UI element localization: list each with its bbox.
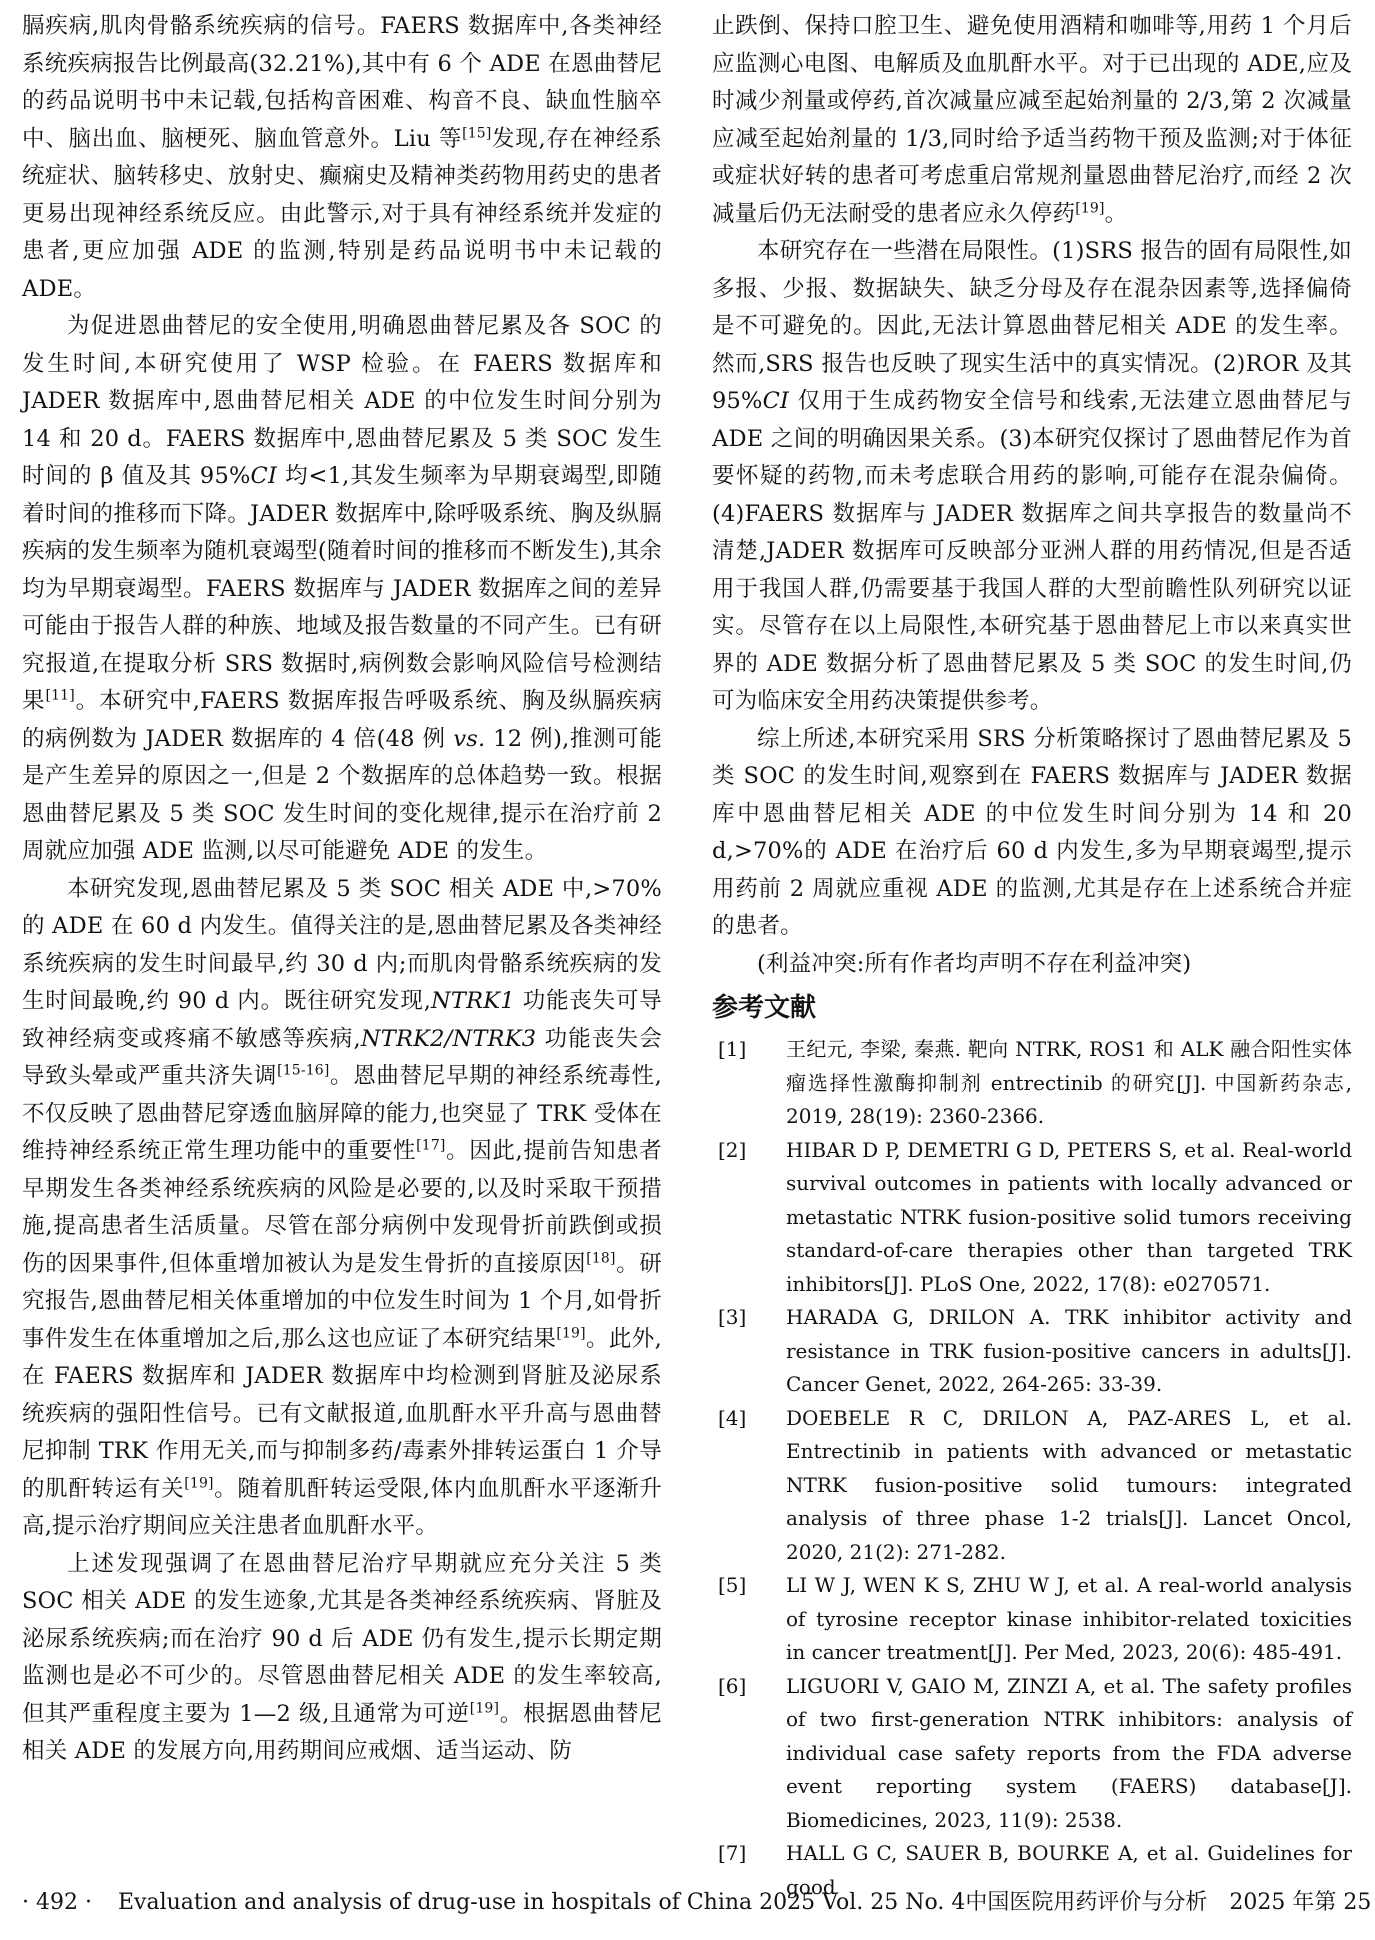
reference-label: [6] <box>718 1670 746 1704</box>
reference-label: [7] <box>718 1837 746 1871</box>
reference-item: [1] 王纪元, 李梁, 秦燕. 靶向 NTRK, ROS1 和 ALK 融合阳… <box>712 1033 1352 1134</box>
paragraph: 综上所述,本研究采用 SRS 分析策略探讨了恩曲替尼累及 5 类 SOC 的发生… <box>712 721 1352 946</box>
conflict-of-interest-statement: (利益冲突:所有作者均声明不存在利益冲突) <box>712 946 1352 984</box>
reference-label: [2] <box>718 1134 746 1168</box>
references-heading: 参考文献 <box>712 985 1352 1031</box>
paragraph: 为促进恩曲替尼的安全使用,明确恩曲替尼累及各 SOC 的发生时间,本研究使用了 … <box>22 308 662 871</box>
reference-label: [3] <box>718 1301 746 1335</box>
reference-text: HIBAR D P, DEMETRI G D, PETERS S, et al.… <box>786 1138 1352 1296</box>
references-list: [1] 王纪元, 李梁, 秦燕. 靶向 NTRK, ROS1 和 ALK 融合阳… <box>712 1033 1352 1904</box>
reference-item: [5] LI W J, WEN K S, ZHU W J, et al. A r… <box>712 1569 1352 1670</box>
reference-label: [4] <box>718 1402 746 1436</box>
journal-page: 膈疾病,肌肉骨骼系统疾病的信号。FAERS 数据库中,各类神经系统疾病报告比例最… <box>0 0 1375 1940</box>
reference-text: DOEBELE R C, DRILON A, PAZ-ARES L, et al… <box>786 1406 1352 1564</box>
reference-text: LI W J, WEN K S, ZHU W J, et al. A real-… <box>786 1573 1352 1664</box>
right-column: 止跌倒、保持口腔卫生、避免使用酒精和咖啡等,用药 1 个月后应监测心电图、电解质… <box>712 8 1352 1904</box>
reference-text: LIGUORI V, GAIO M, ZINZI A, et al. The s… <box>786 1674 1352 1832</box>
footer-journal-title-english: Evaluation and analysis of drug-use in h… <box>118 1888 965 1918</box>
page-footer: · 492 · Evaluation and analysis of drug-… <box>22 1888 1352 1918</box>
two-column-layout: 膈疾病,肌肉骨骼系统疾病的信号。FAERS 数据库中,各类神经系统疾病报告比例最… <box>22 8 1352 1904</box>
reference-label: [1] <box>718 1033 746 1067</box>
reference-text: HARADA G, DRILON A. TRK inhibitor activi… <box>786 1305 1352 1396</box>
reference-item: [2] HIBAR D P, DEMETRI G D, PETERS S, et… <box>712 1134 1352 1302</box>
paragraph: 本研究存在一些潜在局限性。(1)SRS 报告的固有局限性,如多报、少报、数据缺失… <box>712 233 1352 721</box>
paragraph: 本研究发现,恩曲替尼累及 5 类 SOC 相关 ADE 中,>70%的 ADE … <box>22 871 662 1546</box>
page-number: · 492 · <box>22 1888 92 1918</box>
paragraph-continuation: 膈疾病,肌肉骨骼系统疾病的信号。FAERS 数据库中,各类神经系统疾病报告比例最… <box>22 8 662 308</box>
reference-item: [6] LIGUORI V, GAIO M, ZINZI A, et al. T… <box>712 1670 1352 1838</box>
reference-item: [4] DOEBELE R C, DRILON A, PAZ-ARES L, e… <box>712 1402 1352 1570</box>
reference-item: [3] HARADA G, DRILON A. TRK inhibitor ac… <box>712 1301 1352 1402</box>
paragraph: 上述发现强调了在恩曲替尼治疗早期就应充分关注 5 类 SOC 相关 ADE 的发… <box>22 1546 662 1771</box>
reference-label: [5] <box>718 1569 746 1603</box>
paragraph-continuation: 止跌倒、保持口腔卫生、避免使用酒精和咖啡等,用药 1 个月后应监测心电图、电解质… <box>712 8 1352 233</box>
footer-left: · 492 · Evaluation and analysis of drug-… <box>22 1888 965 1918</box>
reference-text: 王纪元, 李梁, 秦燕. 靶向 NTRK, ROS1 和 ALK 融合阳性实体瘤… <box>786 1037 1352 1128</box>
left-column: 膈疾病,肌肉骨骼系统疾病的信号。FAERS 数据库中,各类神经系统疾病报告比例最… <box>22 8 662 1904</box>
footer-journal-title-chinese: 中国医院用药评价与分析 2025 年第 25 卷第 4 期 <box>965 1888 1375 1918</box>
